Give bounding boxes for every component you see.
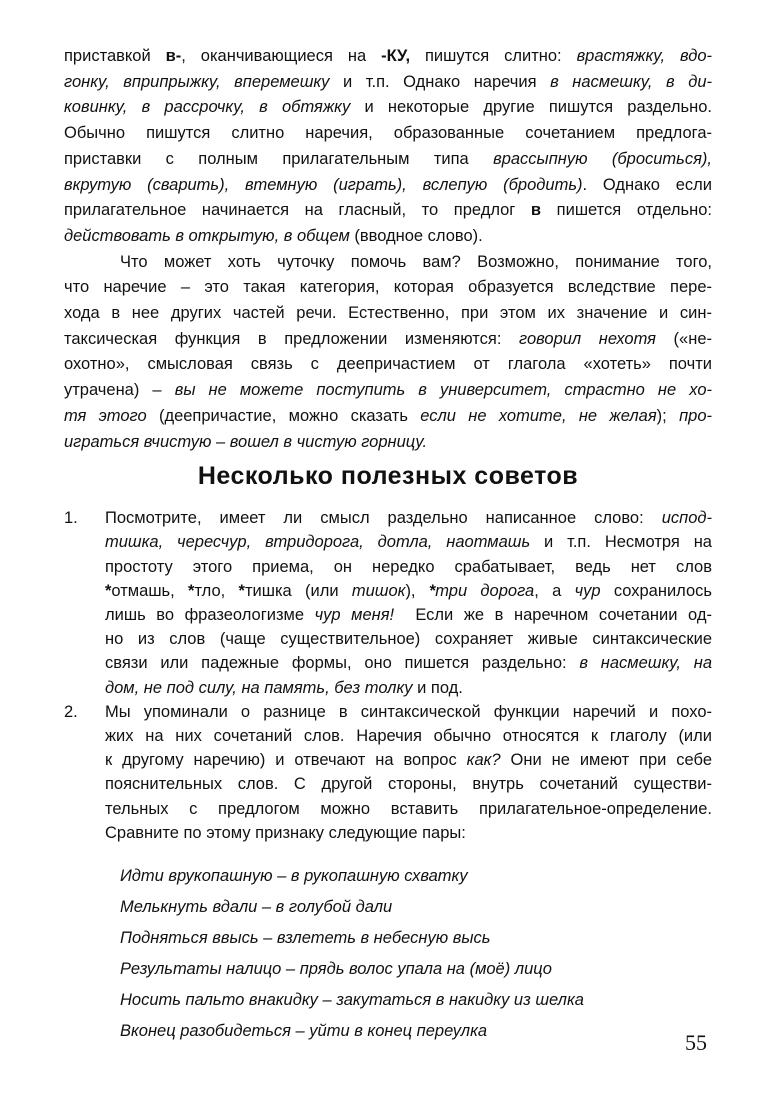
text-line: к другому наречию) и отвечают на вопрос … xyxy=(105,748,712,772)
text-line: но из слов (чаще существительное) сохран… xyxy=(105,627,712,651)
text-line: ковинку, в рассрочку, в обтяжку и некото… xyxy=(64,95,712,121)
text-line: играться вчистую – вошел в чистую горниц… xyxy=(64,430,712,456)
text-line: приставки с полным прилагательным типа в… xyxy=(64,147,712,173)
text-line: вкрутую (сварить), втемную (играть), всл… xyxy=(64,173,712,199)
text-line: Мы упоминали о разнице в синтаксической … xyxy=(105,700,712,724)
page-number: 55 xyxy=(685,1030,707,1056)
text-line: таксическая функция в предложении изменя… xyxy=(64,327,712,353)
text-line: Подняться ввысь – взлететь в небесную вы… xyxy=(120,923,712,954)
text-line: что наречие – это такая категория, котор… xyxy=(64,275,712,301)
text-line: простоту этого приема, он нередко срабат… xyxy=(105,555,712,579)
text-line: лишь во фразеологизме чур меня! Если же … xyxy=(105,603,712,627)
text-line: Что может хоть чуточку помочь вам? Возмо… xyxy=(64,250,712,276)
list-item-text: Посмотрите, имеет ли смысл раздельно нап… xyxy=(105,506,712,700)
paragraph-adverb-spelling: приставкой в-, оканчивающиеся на -КУ, пи… xyxy=(64,44,712,250)
text-line: прилагательное начинается на гласный, то… xyxy=(64,198,712,224)
list-item-text: Мы упоминали о разнице в синтаксической … xyxy=(105,700,712,845)
text-line: *отмашь, *тло, *тишка (или тишок), *три … xyxy=(105,579,712,603)
text-line: утрачена) – вы не можете поступить в уни… xyxy=(64,378,712,404)
text-line: Обычно пишутся слитно наречия, образован… xyxy=(64,121,712,147)
text-line: связи или падежные формы, оно пишется ра… xyxy=(105,651,712,675)
text-line: пояснительных слов. С другой стороны, вн… xyxy=(105,772,712,796)
section-heading: Несколько полезных советов xyxy=(64,461,712,491)
text-line: тишка, чересчур, втридорога, дотла, наот… xyxy=(105,530,712,554)
text-line: жих на них сочетаний слов. Наречия обычн… xyxy=(105,724,712,748)
tips-list: 1. Посмотрите, имеет ли смысл раздельно … xyxy=(64,506,712,845)
list-item-1: 1. Посмотрите, имеет ли смысл раздельно … xyxy=(64,506,712,700)
text-line: тельных с предлогом можно вставить прила… xyxy=(105,797,712,821)
book-page: приставкой в-, оканчивающиеся на -КУ, пи… xyxy=(0,0,771,1093)
list-item-number: 1. xyxy=(64,506,105,700)
page-content: приставкой в-, оканчивающиеся на -КУ, пи… xyxy=(64,44,712,1047)
text-line: Результаты налицо – прядь волос упала на… xyxy=(120,954,712,985)
text-line: Сравните по этому признаку следующие пар… xyxy=(105,821,712,845)
example-pairs-block: Идти врукопашную – в рукопашную схваткуМ… xyxy=(120,861,712,1047)
list-item-number: 2. xyxy=(64,700,105,845)
text-line: Носить пальто внакидку – закутаться в на… xyxy=(120,985,712,1016)
text-line: Идти врукопашную – в рукопашную схватку xyxy=(120,861,712,892)
text-line: Посмотрите, имеет ли смысл раздельно нап… xyxy=(105,506,712,530)
text-line: дом, не под силу, на память, без толку и… xyxy=(105,676,712,700)
paragraph-what-can-help: Что может хоть чуточку помочь вам? Возмо… xyxy=(64,250,712,456)
text-line: действовать в открытую, в общем (вводное… xyxy=(64,224,712,250)
text-line: Мелькнуть вдали – в голубой дали xyxy=(120,892,712,923)
text-line: тя этого (деепричастие, можно сказать ес… xyxy=(64,404,712,430)
text-line: охотно», смысловая связь с деепричастием… xyxy=(64,352,712,378)
text-line: приставкой в-, оканчивающиеся на -КУ, пи… xyxy=(64,44,712,70)
text-line: гонку, вприпрыжку, вперемешку и т.п. Одн… xyxy=(64,70,712,96)
text-line: хода в нее других частей речи. Естествен… xyxy=(64,301,712,327)
list-item-2: 2. Мы упоминали о разнице в синтаксическ… xyxy=(64,700,712,845)
text-line: Вконец разобидеться – уйти в конец переу… xyxy=(120,1016,712,1047)
